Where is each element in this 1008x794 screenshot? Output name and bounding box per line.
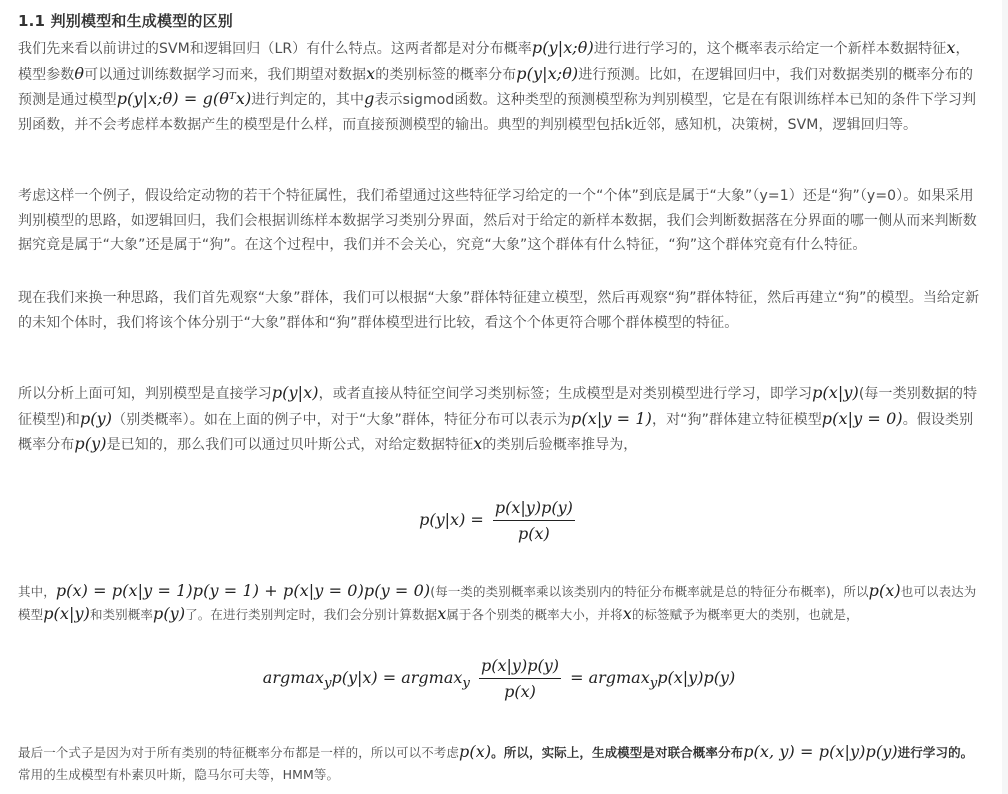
paragraph-conclusion: 最后一个式子是因为对于所有类别的特征概率分布都是一样的，所以可以不考虑p(x)。… (18, 741, 980, 786)
math-inline: p(y|x;θ) (532, 38, 594, 57)
paragraph-elephant-dog-example: 考虑这样一个例子，假设给定动物的若干个特征属性，我们希望通过这些特征学习给定的一… (18, 184, 980, 258)
paragraph-discriminative-intro: 我们先来看以前讲过的SVM和逻辑回归（LR）有什么特点。这两者都是对分布概率p(… (18, 36, 980, 137)
math-inline: p(x|y) (812, 383, 859, 402)
equation-bayes: p(y|x) = p(x|y)p(y) p(x) (18, 498, 980, 543)
math-inline: p(x, y) = p(x|y)p(y) (743, 742, 897, 761)
section-title: 1.1 判别模型和生成模型的区别 (18, 10, 233, 31)
paragraph-px-expansion: 其中，p(x) = p(x|y = 1)p(y = 1) + p(x|y = 0… (18, 580, 980, 626)
math-inline: p(x) (869, 581, 901, 600)
math-inline: x (366, 64, 375, 83)
math-inline: p(x|y = 1) (571, 409, 652, 428)
math-inline: p(y) (153, 604, 185, 623)
math-inline: θ (74, 64, 84, 83)
fraction: p(x|y)p(y) p(x) (493, 498, 575, 543)
math-inline: p(y) (74, 434, 106, 453)
math-inline: x (946, 38, 955, 57)
math-inline: p(x|y) (43, 604, 90, 623)
math-inline: p(y|x;θ) (516, 64, 578, 83)
math-inline: g (364, 89, 374, 108)
math-inline: p(y|x;θ) = g(θᵀx) (117, 89, 252, 108)
equation-argmax: argmaxyp(y|x) = argmaxy p(x|y)p(y) p(x) … (18, 656, 980, 701)
math-inline: p(y|x) (272, 383, 319, 402)
math-inline: p(y) (80, 409, 112, 428)
scrollbar-track[interactable] (1002, 0, 1008, 794)
math-inline: p(x) = p(x|y = 1)p(y = 1) + p(x|y = 0)p(… (56, 581, 430, 600)
math-inline: p(x|y = 0) (822, 409, 903, 428)
fraction: p(x|y)p(y) p(x) (479, 656, 561, 701)
paragraph-analysis: 所以分析上面可知，判别模型是直接学习p(y|x)，或者直接从特征空间学习类别标签… (18, 381, 980, 458)
math-inline: x (473, 434, 482, 453)
math-inline: p(x) (459, 742, 491, 761)
math-inline: x (623, 604, 632, 623)
math-inline: x (437, 604, 446, 623)
paragraph-generative-idea: 现在我们来换一种思路，我们首先观察“大象”群体，我们可以根据“大象”群体特征建立… (18, 286, 980, 335)
